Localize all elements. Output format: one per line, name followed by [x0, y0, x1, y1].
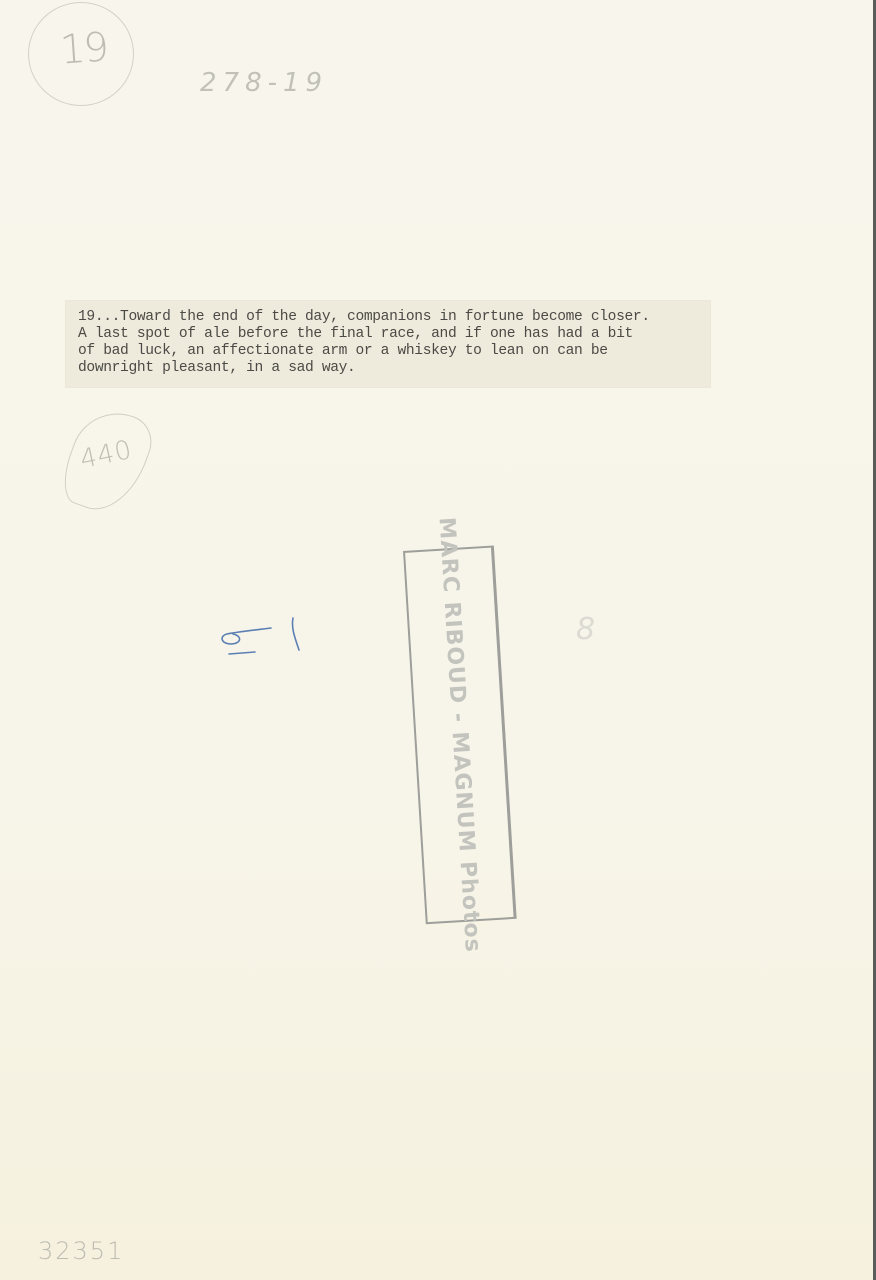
- faint-pencil-mark: 8: [576, 612, 595, 647]
- blue-ink-marks: [215, 610, 315, 670]
- reference-number: 278-19: [200, 68, 328, 98]
- caption-line: downright pleasant, in a sad way.: [78, 360, 355, 376]
- caption-line: of bad luck, an affectionate arm or a wh…: [78, 343, 608, 359]
- caption-line: 19...Toward the end of the day, companio…: [78, 309, 650, 325]
- caption-text: 19...Toward the end of the day, companio…: [78, 309, 708, 377]
- stamp-text: MARC RIBOUD - MAGNUM Photos: [434, 516, 486, 953]
- typed-caption-strip: 19...Toward the end of the day, companio…: [66, 301, 710, 387]
- caption-line: A last spot of ale before the final race…: [78, 326, 633, 342]
- circled-number: 19: [58, 24, 108, 73]
- inventory-number: 32351: [38, 1237, 124, 1265]
